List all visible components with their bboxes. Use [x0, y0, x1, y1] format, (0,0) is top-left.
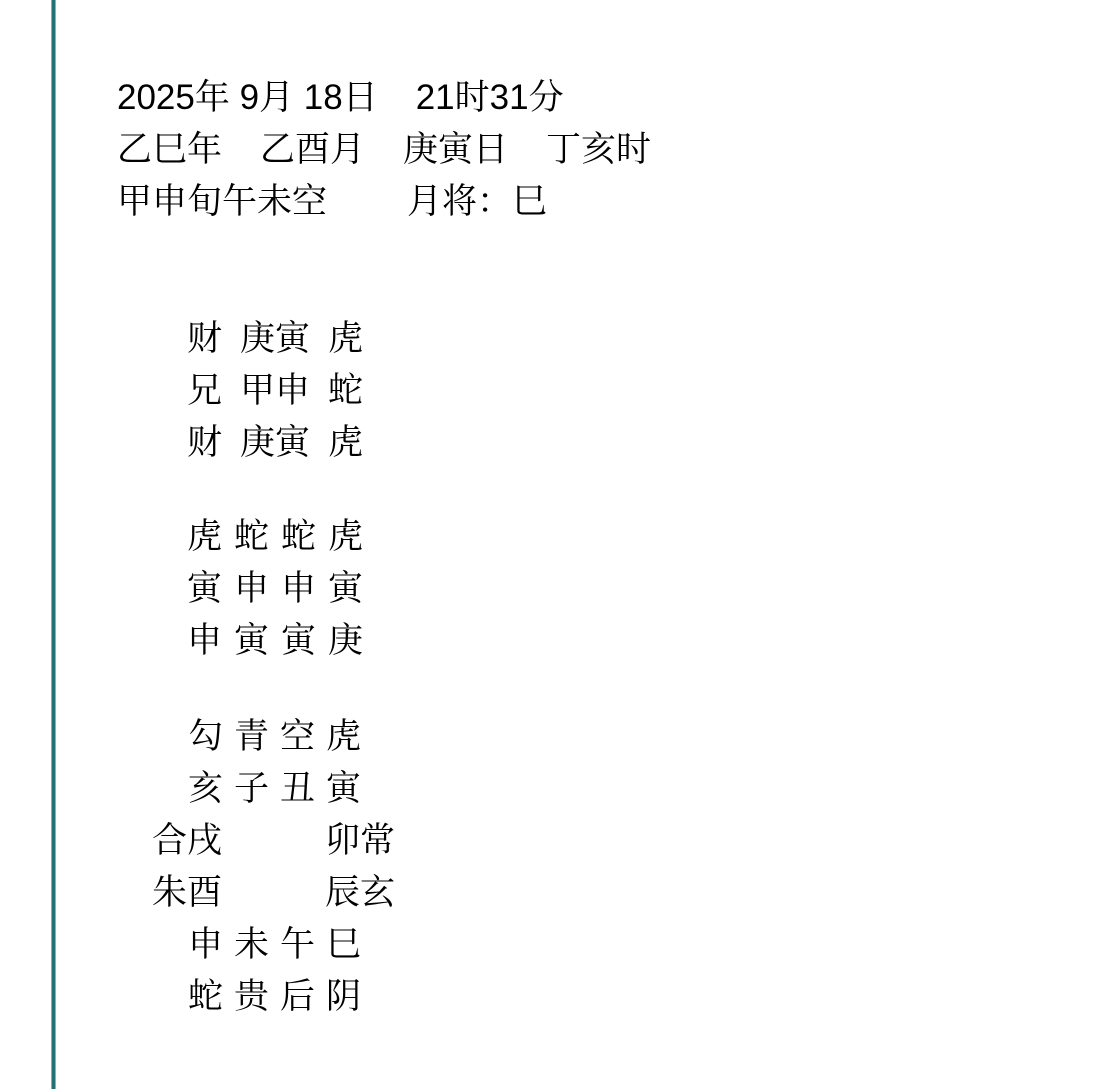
si-ke-cell: 寅	[281, 615, 316, 667]
si-ke-cell: 申	[234, 563, 269, 615]
year-pillar: 乙巳年	[117, 124, 222, 176]
pan-cell: 丑	[280, 763, 315, 815]
pan-right-pair: 辰玄	[325, 867, 395, 919]
liu-qin: 财	[187, 313, 222, 365]
si-ke-cell: 申	[187, 615, 222, 667]
four-pillars-line: 乙巳年 乙酉月 庚寅日 丁亥时	[117, 124, 651, 176]
solar-date: 2025年 9月 18日	[117, 72, 378, 124]
yue-jiang: 月将：巳	[407, 176, 547, 228]
gan-zhi: 庚寅	[240, 417, 310, 469]
pan-cell: 青	[234, 711, 269, 763]
pan-cell: 子	[234, 763, 269, 815]
tian-jiang: 蛇	[328, 365, 363, 417]
pan-top-jiang-row: 勾 青 空 虎	[152, 711, 651, 763]
pan-cell: 午	[280, 919, 315, 971]
pan-lower-side-row: 朱酉 辰玄	[152, 867, 572, 919]
si-ke-lower-row: 申 寅 寅 庚	[187, 615, 651, 667]
si-ke-cell: 寅	[328, 563, 363, 615]
month-pillar: 乙酉月	[260, 124, 365, 176]
pan-cell: 勾	[188, 711, 223, 763]
pan-cell: 亥	[188, 763, 223, 815]
liu-qin: 财	[187, 417, 222, 469]
si-ke-upper-row: 寅 申 申 寅	[187, 563, 651, 615]
pan-left-pair: 合戌	[152, 815, 222, 867]
si-ke-cell: 申	[281, 563, 316, 615]
chart-header: 2025年 9月 18日 21时31分 乙巳年 乙酉月 庚寅日 丁亥时 甲申旬午…	[117, 72, 651, 228]
pan-bottom-zhi-row: 申 未 午 巳	[152, 919, 651, 971]
si-ke-cell: 虎	[187, 511, 222, 563]
pan-cell: 虎	[326, 711, 361, 763]
xun-kong-line: 甲申旬午未空 月将：巳	[117, 176, 651, 228]
day-pillar: 庚寅日	[403, 124, 508, 176]
si-ke-cell: 虎	[328, 511, 363, 563]
pan-cell: 蛇	[188, 971, 223, 1023]
pan-cell: 空	[280, 711, 315, 763]
pan-cell: 贵	[234, 971, 269, 1023]
hour-pillar: 丁亥时	[546, 124, 651, 176]
left-accent-line	[51, 0, 56, 1089]
si-ke-section: 虎 蛇 蛇 虎 寅 申 申 寅 申 寅 寅 庚	[187, 511, 651, 667]
pan-bottom-jiang-row: 蛇 贵 后 阴	[152, 971, 651, 1023]
pan-upper-side-row: 合戌 卯常	[152, 815, 572, 867]
gan-zhi: 庚寅	[240, 313, 310, 365]
si-ke-jiang-row: 虎 蛇 蛇 虎	[187, 511, 651, 563]
pan-left-pair: 朱酉	[152, 867, 222, 919]
si-ke-cell: 蛇	[234, 511, 269, 563]
pan-cell: 后	[280, 971, 315, 1023]
solar-time: 21时31分	[416, 72, 564, 124]
tian-di-pan-section: 勾 青 空 虎 亥 子 丑 寅 合戌 卯常 朱酉 辰玄 申 未 午 巳 蛇 贵 …	[152, 711, 651, 1023]
si-ke-cell: 寅	[187, 563, 222, 615]
pan-cell: 申	[188, 919, 223, 971]
liu-qin: 兄	[187, 365, 222, 417]
tian-jiang: 虎	[328, 417, 363, 469]
pan-cell: 巳	[326, 919, 361, 971]
san-chuan-row-final: 财 庚寅 虎	[187, 417, 651, 469]
pan-cell: 寅	[326, 763, 361, 815]
san-chuan-section: 财 庚寅 虎 兄 甲申 蛇 财 庚寅 虎	[187, 313, 651, 469]
san-chuan-row-initial: 财 庚寅 虎	[187, 313, 651, 365]
pan-right-pair: 卯常	[325, 815, 395, 867]
gan-zhi: 甲申	[240, 365, 310, 417]
si-ke-cell: 庚	[328, 615, 363, 667]
pan-top-zhi-row: 亥 子 丑 寅	[152, 763, 651, 815]
pan-cell: 阴	[326, 971, 361, 1023]
liuren-chart: 2025年 9月 18日 21时31分 乙巳年 乙酉月 庚寅日 丁亥时 甲申旬午…	[117, 72, 651, 1023]
tian-jiang: 虎	[328, 313, 363, 365]
pan-cell: 未	[234, 919, 269, 971]
xun-kong: 甲申旬午未空	[117, 176, 327, 228]
si-ke-cell: 蛇	[281, 511, 316, 563]
san-chuan-row-middle: 兄 甲申 蛇	[187, 365, 651, 417]
date-time-line: 2025年 9月 18日 21时31分	[117, 72, 651, 124]
si-ke-cell: 寅	[234, 615, 269, 667]
